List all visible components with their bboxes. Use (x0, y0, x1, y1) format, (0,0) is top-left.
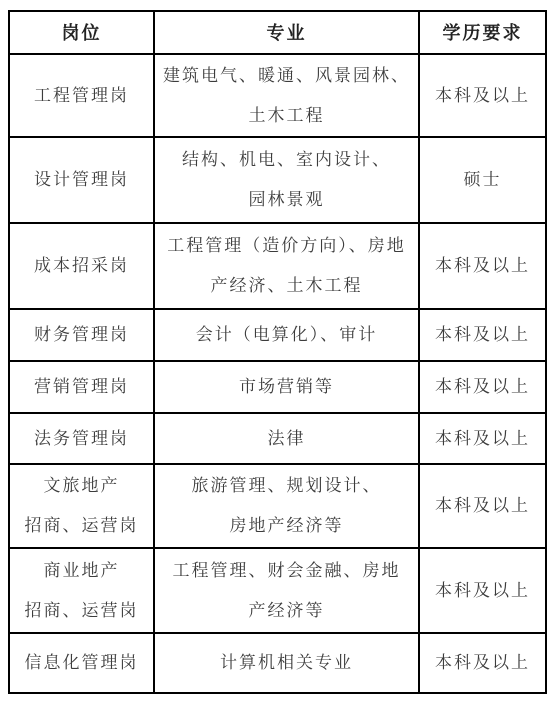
cell-position: 法务管理岗 (9, 413, 154, 464)
document-page: 岗位 专业 学历要求 工程管理岗 建筑电气、暖通、风景园林、 土木工程 本科及以… (0, 0, 559, 707)
recruitment-positions-table: 岗位 专业 学历要求 工程管理岗 建筑电气、暖通、风景园林、 土木工程 本科及以… (8, 10, 547, 694)
cell-major: 工程管理、财会金融、房地 产经济等 (154, 548, 419, 633)
cell-major: 旅游管理、规划设计、 房地产经济等 (154, 464, 419, 548)
table-row: 文旅地产 招商、运营岗 旅游管理、规划设计、 房地产经济等 本科及以上 (9, 464, 546, 548)
cell-education: 本科及以上 (419, 413, 546, 464)
cell-education: 本科及以上 (419, 361, 546, 413)
cell-major: 市场营销等 (154, 361, 419, 413)
cell-position: 成本招采岗 (9, 223, 154, 309)
column-header-position: 岗位 (9, 11, 154, 54)
cell-major: 计算机相关专业 (154, 633, 419, 693)
cell-education: 本科及以上 (419, 223, 546, 309)
cell-education: 硕士 (419, 137, 546, 223)
table-row: 设计管理岗 结构、机电、室内设计、 园林景观 硕士 (9, 137, 546, 223)
table-row: 营销管理岗 市场营销等 本科及以上 (9, 361, 546, 413)
column-header-education: 学历要求 (419, 11, 546, 54)
cell-major: 结构、机电、室内设计、 园林景观 (154, 137, 419, 223)
cell-position: 设计管理岗 (9, 137, 154, 223)
cell-education: 本科及以上 (419, 309, 546, 361)
column-header-major: 专业 (154, 11, 419, 54)
cell-education: 本科及以上 (419, 464, 546, 548)
table-row: 财务管理岗 会计（电算化）、审计 本科及以上 (9, 309, 546, 361)
cell-education: 本科及以上 (419, 54, 546, 137)
table-row: 工程管理岗 建筑电气、暖通、风景园林、 土木工程 本科及以上 (9, 54, 546, 137)
table-row: 成本招采岗 工程管理（造价方向）、房地 产经济、土木工程 本科及以上 (9, 223, 546, 309)
table-row: 法务管理岗 法律 本科及以上 (9, 413, 546, 464)
table-row: 信息化管理岗 计算机相关专业 本科及以上 (9, 633, 546, 693)
cell-position: 信息化管理岗 (9, 633, 154, 693)
cell-major: 工程管理（造价方向）、房地 产经济、土木工程 (154, 223, 419, 309)
cell-major: 法律 (154, 413, 419, 464)
cell-major: 会计（电算化）、审计 (154, 309, 419, 361)
cell-education: 本科及以上 (419, 548, 546, 633)
cell-major: 建筑电气、暖通、风景园林、 土木工程 (154, 54, 419, 137)
cell-position: 文旅地产 招商、运营岗 (9, 464, 154, 548)
cell-position: 财务管理岗 (9, 309, 154, 361)
cell-position: 营销管理岗 (9, 361, 154, 413)
table-row: 商业地产 招商、运营岗 工程管理、财会金融、房地 产经济等 本科及以上 (9, 548, 546, 633)
cell-education: 本科及以上 (419, 633, 546, 693)
cell-position: 商业地产 招商、运营岗 (9, 548, 154, 633)
cell-position: 工程管理岗 (9, 54, 154, 137)
table-header-row: 岗位 专业 学历要求 (9, 11, 546, 54)
